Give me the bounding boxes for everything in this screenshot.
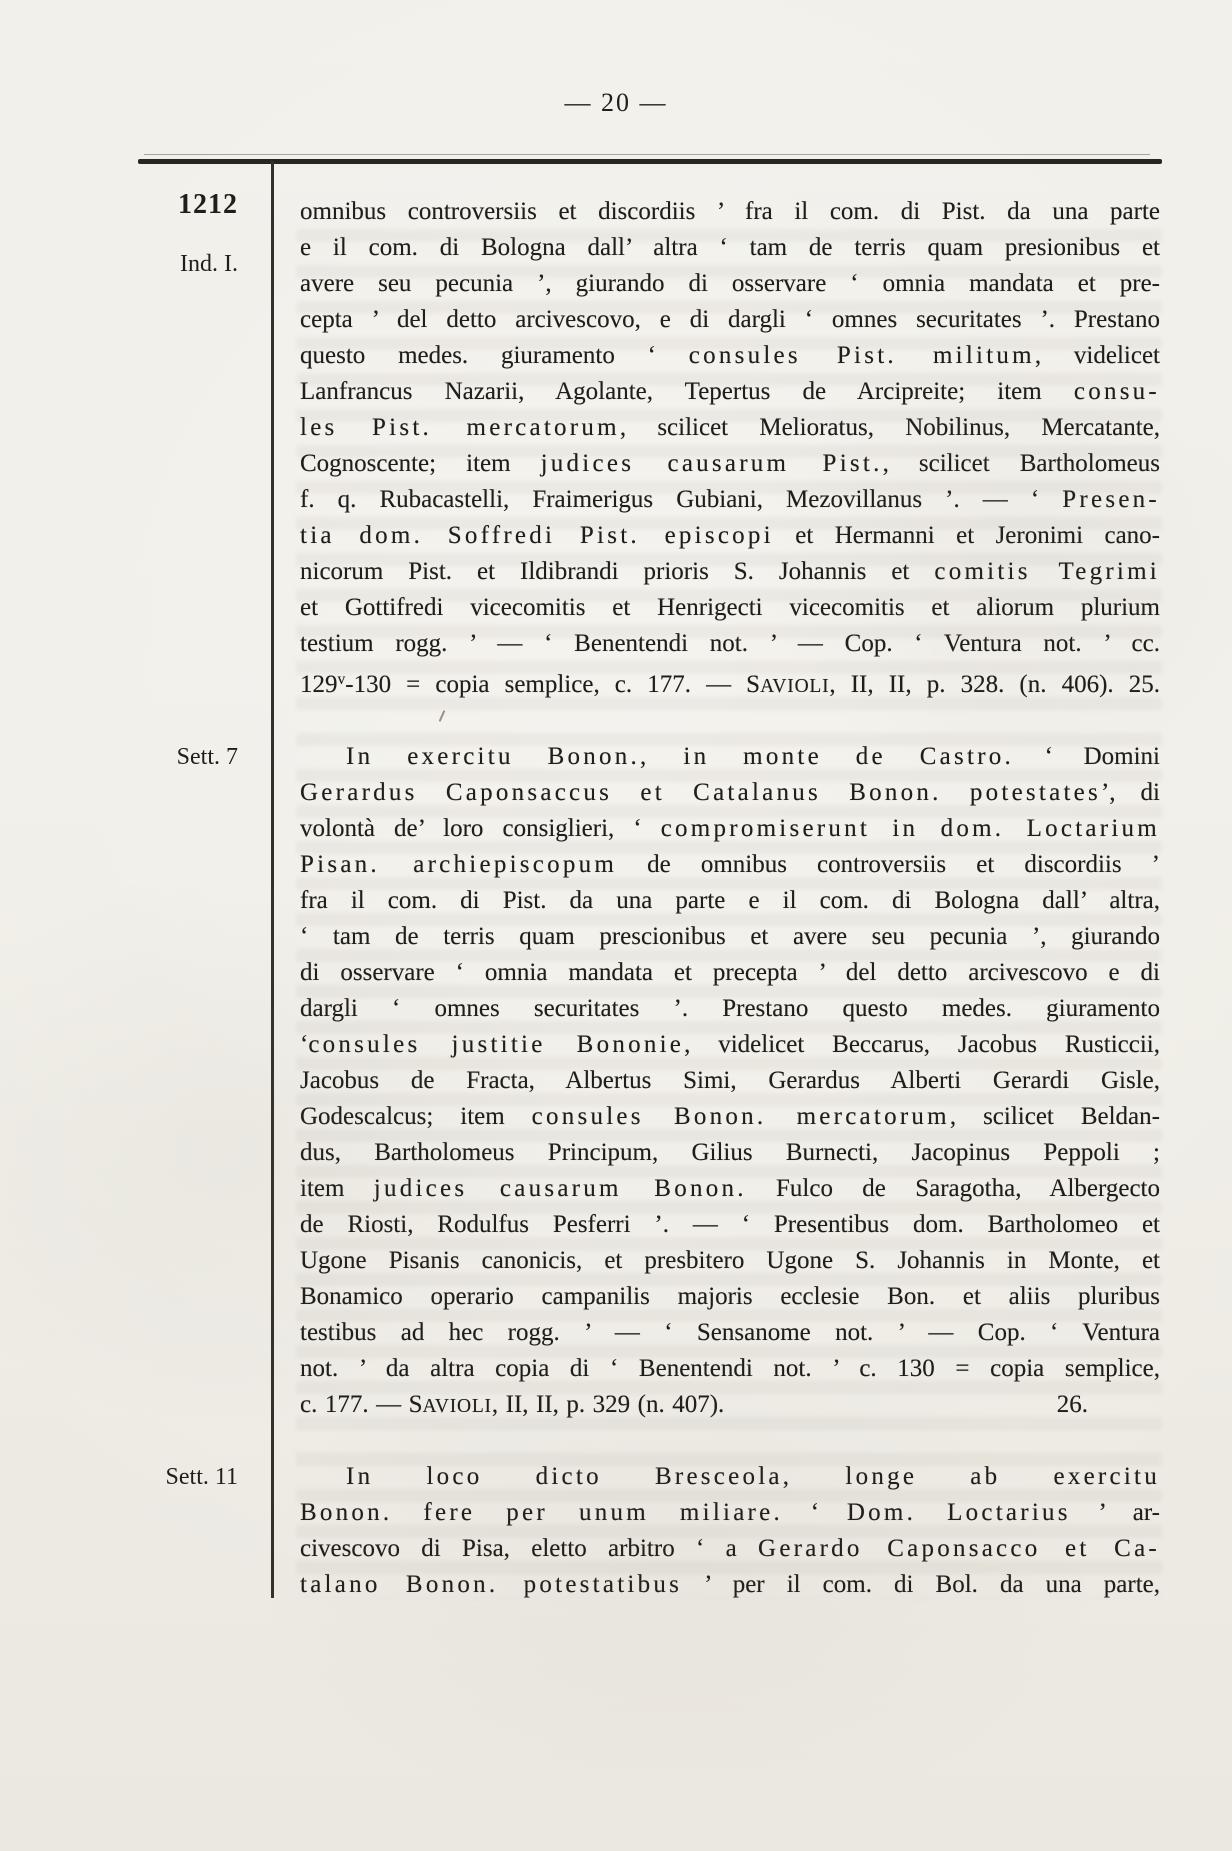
text-segment: , II, II, p. 329 (n. 407).: [492, 1391, 724, 1418]
text-segment: -130 = copia semplice, c. 177. — S: [345, 671, 760, 698]
regesto-entry: Sett. 11 In loco dicto Bresceola, longe …: [140, 1459, 1160, 1603]
text-segment: et Gottifredi vicecomitis et Henrigecti …: [300, 594, 1160, 621]
text-segment: compromiserunt in dom. Loctarium: [661, 815, 1160, 842]
text-segment: dargli ‘ omnes securitates ’. Prestano q…: [300, 995, 1160, 1022]
text-segment: Jacobus de Fracta, Albertus Simi, Gerard…: [300, 1067, 1160, 1094]
text-segment: item: [300, 1175, 374, 1202]
text-segment: AVIOLI: [760, 676, 829, 697]
text-segment: 129: [300, 671, 338, 698]
text-segment: ‘: [783, 1499, 847, 1526]
text-segment: e il com. di Bologna dall’ altra ‘ tam d…: [300, 234, 1160, 261]
entries: 1212Ind. I. omnibus controversiis et dis…: [140, 194, 1160, 1637]
entry-lines: omnibus controversiis et discordiis ’ fr…: [274, 194, 1160, 705]
text-segment: Gerardo Caponsacco et Ca-: [758, 1535, 1160, 1562]
text-segment: In loco dicto Bresceola, longe ab exerci…: [346, 1463, 1160, 1490]
text-segment: ’ ar-: [1071, 1499, 1160, 1526]
margin-note: 1212: [140, 188, 238, 222]
header-rule: [138, 159, 1162, 164]
text-line: In loco dicto Bresceola, longe ab exerci…: [300, 1459, 1160, 1495]
text-line: In exercitu Bonon., in monte de Castro. …: [300, 739, 1160, 775]
regesto-entry: 1212Ind. I. omnibus controversiis et dis…: [140, 194, 1160, 705]
text-line: e il com. di Bologna dall’ altra ‘ tam d…: [300, 230, 1160, 266]
text-line: Bonon. fere per unum miliare. ‘ Dom. Loc…: [300, 1495, 1160, 1531]
text-line: c. 177. — SAVIOLI, II, II, p. 329 (n. 40…: [300, 1387, 1160, 1425]
text-segment: , II, II, p. 328. (n. 406). 25.: [829, 671, 1160, 698]
margin-cell: 1212Ind. I.: [140, 194, 274, 705]
text-line: et Gottifredi vicecomitis et Henrigecti …: [300, 590, 1160, 626]
text-segment: , scilicet Bartholomeus: [883, 450, 1160, 477]
margin-note: Sett. 11: [140, 1459, 238, 1492]
text-line: Bonamico operario campanilis majoris ecc…: [300, 1279, 1160, 1315]
entry-lines: In exercitu Bonon., in monte de Castro. …: [274, 739, 1160, 1425]
text-segment: consules justitie Bononie: [308, 1031, 684, 1058]
margin-cell: Sett. 11: [140, 1459, 274, 1603]
text-segment: et Hermanni et Jeronimi cano-: [774, 522, 1160, 549]
text-line: Godescalcus; item consules Bonon. mercat…: [300, 1099, 1160, 1135]
text-line: nicorum Pist. et Ildibrandi prioris S. J…: [300, 554, 1160, 590]
text-segment: comitis Tegrimi: [934, 558, 1160, 585]
text-line: Cognoscente; item judices causarum Pist.…: [300, 446, 1160, 482]
text-line: Pisan. archiepiscopum de omnibus controv…: [300, 847, 1160, 883]
text-segment: f. q. Rubacastelli, Fraimerigus Gubiani,…: [300, 486, 1062, 513]
text-line: Gerardus Caponsaccus et Catalanus Bonon.…: [300, 775, 1160, 811]
text-segment: c. 177. — S: [300, 1391, 423, 1418]
text-segment: omnibus controversiis et discordiis ’ fr…: [300, 198, 1160, 225]
text-line: di osservare ‘ omnia mandata et precepta…: [300, 955, 1160, 991]
text-line: Jacobus de Fracta, Albertus Simi, Gerard…: [300, 1063, 1160, 1099]
text-segment: questo medes. giuramento ‘: [300, 342, 689, 369]
text-segment: Godescalcus; item: [300, 1103, 532, 1130]
text-segment: testium rogg. ’ — ‘ Benentendi not. ’ — …: [300, 630, 1160, 657]
text-segment: testibus ad hec rogg. ’ — ‘ Sensanome no…: [300, 1319, 1160, 1346]
text-segment: ’, di: [1101, 779, 1160, 806]
text-segment: volontà de’ loro consiglieri, ‘: [300, 815, 661, 842]
text-line: item judices causarum Bonon. Fulco de Sa…: [300, 1171, 1160, 1207]
text-line: avere seu pecunia ’, giurando di osserva…: [300, 266, 1160, 302]
text-line: ‘ tam de terris quam prescionibus et ave…: [300, 919, 1160, 955]
text-segment: Presen-: [1062, 486, 1160, 513]
text-line: dus, Bartholomeus Principum, Gilius Burn…: [300, 1135, 1160, 1171]
text-segment: fra il com. di Pist. da una parte e il c…: [300, 887, 1160, 914]
text-line: testibus ad hec rogg. ’ — ‘ Sensanome no…: [300, 1315, 1160, 1351]
text-line: tia dom. Soffredi Pist. episcopi et Herm…: [300, 518, 1160, 554]
text-line: testium rogg. ’ — ‘ Benentendi not. ’ — …: [300, 626, 1160, 662]
text-line: ‘consules justitie Bononie, videlicet Be…: [300, 1027, 1160, 1063]
text-segment: AVIOLI: [423, 1396, 492, 1417]
text-segment: talano Bonon. potestatibus: [300, 1571, 682, 1598]
text-segment: cepta ’ del detto arcivescovo, e di darg…: [300, 306, 1160, 333]
text-segment: consules Bonon. mercatorum: [532, 1103, 950, 1130]
text-segment: de Riosti, Rodulfus Pesferri ’. — ‘ Pres…: [300, 1211, 1160, 1238]
text-segment: , scilicet Beldan-: [950, 1103, 1160, 1130]
text-line: Ugone Pisanis canonicis, et presbitero U…: [300, 1243, 1160, 1279]
text-line: cepta ’ del detto arcivescovo, e di darg…: [300, 302, 1160, 338]
margin-cell: Sett. 7: [140, 739, 274, 1425]
text-segment: les Pist. mercatorum: [300, 414, 620, 441]
margin-note: Sett. 7: [140, 739, 238, 772]
text-line: dargli ‘ omnes securitates ’. Prestano q…: [300, 991, 1160, 1027]
text-segment: Ugone Pisanis canonicis, et presbitero U…: [300, 1247, 1160, 1274]
entry-lines: In loco dicto Bresceola, longe ab exerci…: [274, 1459, 1160, 1603]
text-segment: Fulco de Saragotha, Albergecto: [747, 1175, 1160, 1202]
regesto-entry: Sett. 7 In exercitu Bonon., in monte de …: [140, 739, 1160, 1425]
text-segment: Bonon. fere per unum miliare.: [300, 1499, 783, 1526]
page-number: — 20 —: [0, 88, 1232, 118]
text-segment: Gerardus Caponsaccus et Catalanus Bonon.…: [300, 779, 1101, 806]
text-line: Lanfrancus Nazarii, Agolante, Tepertus d…: [300, 374, 1160, 410]
text-segment: avere seu pecunia ’, giurando di osserva…: [300, 270, 1160, 297]
text-line: volontà de’ loro consiglieri, ‘ compromi…: [300, 811, 1160, 847]
text-segment: judices causarum Pist.: [541, 450, 883, 477]
text-line: not. ’ da altra copia di ‘ Benentendi no…: [300, 1351, 1160, 1387]
text-segment: judices causarum Bonon.: [374, 1175, 747, 1202]
text-line: de Riosti, Rodulfus Pesferri ’. — ‘ Pres…: [300, 1207, 1160, 1243]
text-segment: ‘ tam de terris quam prescionibus et ave…: [300, 923, 1160, 950]
text-segment: not. ’ da altra copia di ‘ Benentendi no…: [300, 1355, 1160, 1382]
text-segment: nicorum Pist. et Ildibrandi prioris S. J…: [300, 558, 934, 585]
text-segment: de omnibus controversiis et discordiis ’: [617, 851, 1160, 878]
text-segment: tia dom. Soffredi Pist. episcopi: [300, 522, 774, 549]
text-line: f. q. Rubacastelli, Fraimerigus Gubiani,…: [300, 482, 1160, 518]
text-segment: In exercitu Bonon., in monte de Castro.: [346, 743, 1014, 770]
text-line: les Pist. mercatorum, scilicet Melioratu…: [300, 410, 1160, 446]
text-line: fra il com. di Pist. da una parte e il c…: [300, 883, 1160, 919]
text-segment: Pisan. archiepiscopum: [300, 851, 617, 878]
text-segment: consu-: [1074, 378, 1160, 405]
text-segment: ‘ Domini: [1014, 743, 1160, 770]
text-segment: Cognoscente; item: [300, 450, 541, 477]
text-segment: dus, Bartholomeus Principum, Gilius Burn…: [300, 1139, 1160, 1166]
text-line: questo medes. giuramento ‘ consules Pist…: [300, 338, 1160, 374]
margin-note: Ind. I.: [140, 246, 238, 279]
text-segment: ’ per il com. di Bol. da una parte,: [682, 1571, 1160, 1598]
text-line: omnibus controversiis et discordiis ’ fr…: [300, 194, 1160, 230]
text-segment: di osservare ‘ omnia mandata et precepta…: [300, 959, 1160, 986]
text-line: civescovo di Pisa, eletto arbitro ‘ a Ge…: [300, 1531, 1160, 1567]
text-segment: civescovo di Pisa, eletto arbitro ‘ a: [300, 1535, 758, 1562]
text-segment: Bonamico operario campanilis majoris ecc…: [300, 1283, 1160, 1310]
text-segment: Dom. Loctarius: [847, 1499, 1071, 1526]
text-segment: , videlicet Beccarus, Jacobus Rusticcii,: [684, 1031, 1160, 1058]
text-line: 129v-130 = copia semplice, c. 177. — SAV…: [300, 662, 1160, 705]
text-segment: , scilicet Melioratus, Nobilinus, Mercat…: [620, 414, 1160, 441]
text-segment: consules Pist. militum: [689, 342, 1035, 369]
text-segment: Lanfrancus Nazarii, Agolante, Tepertus d…: [300, 378, 1074, 405]
text-segment: , videlicet: [1035, 342, 1160, 369]
text-line: talano Bonon. potestatibus ’ per il com.…: [300, 1567, 1160, 1603]
entry-serial-number: 26.: [1057, 1387, 1088, 1425]
